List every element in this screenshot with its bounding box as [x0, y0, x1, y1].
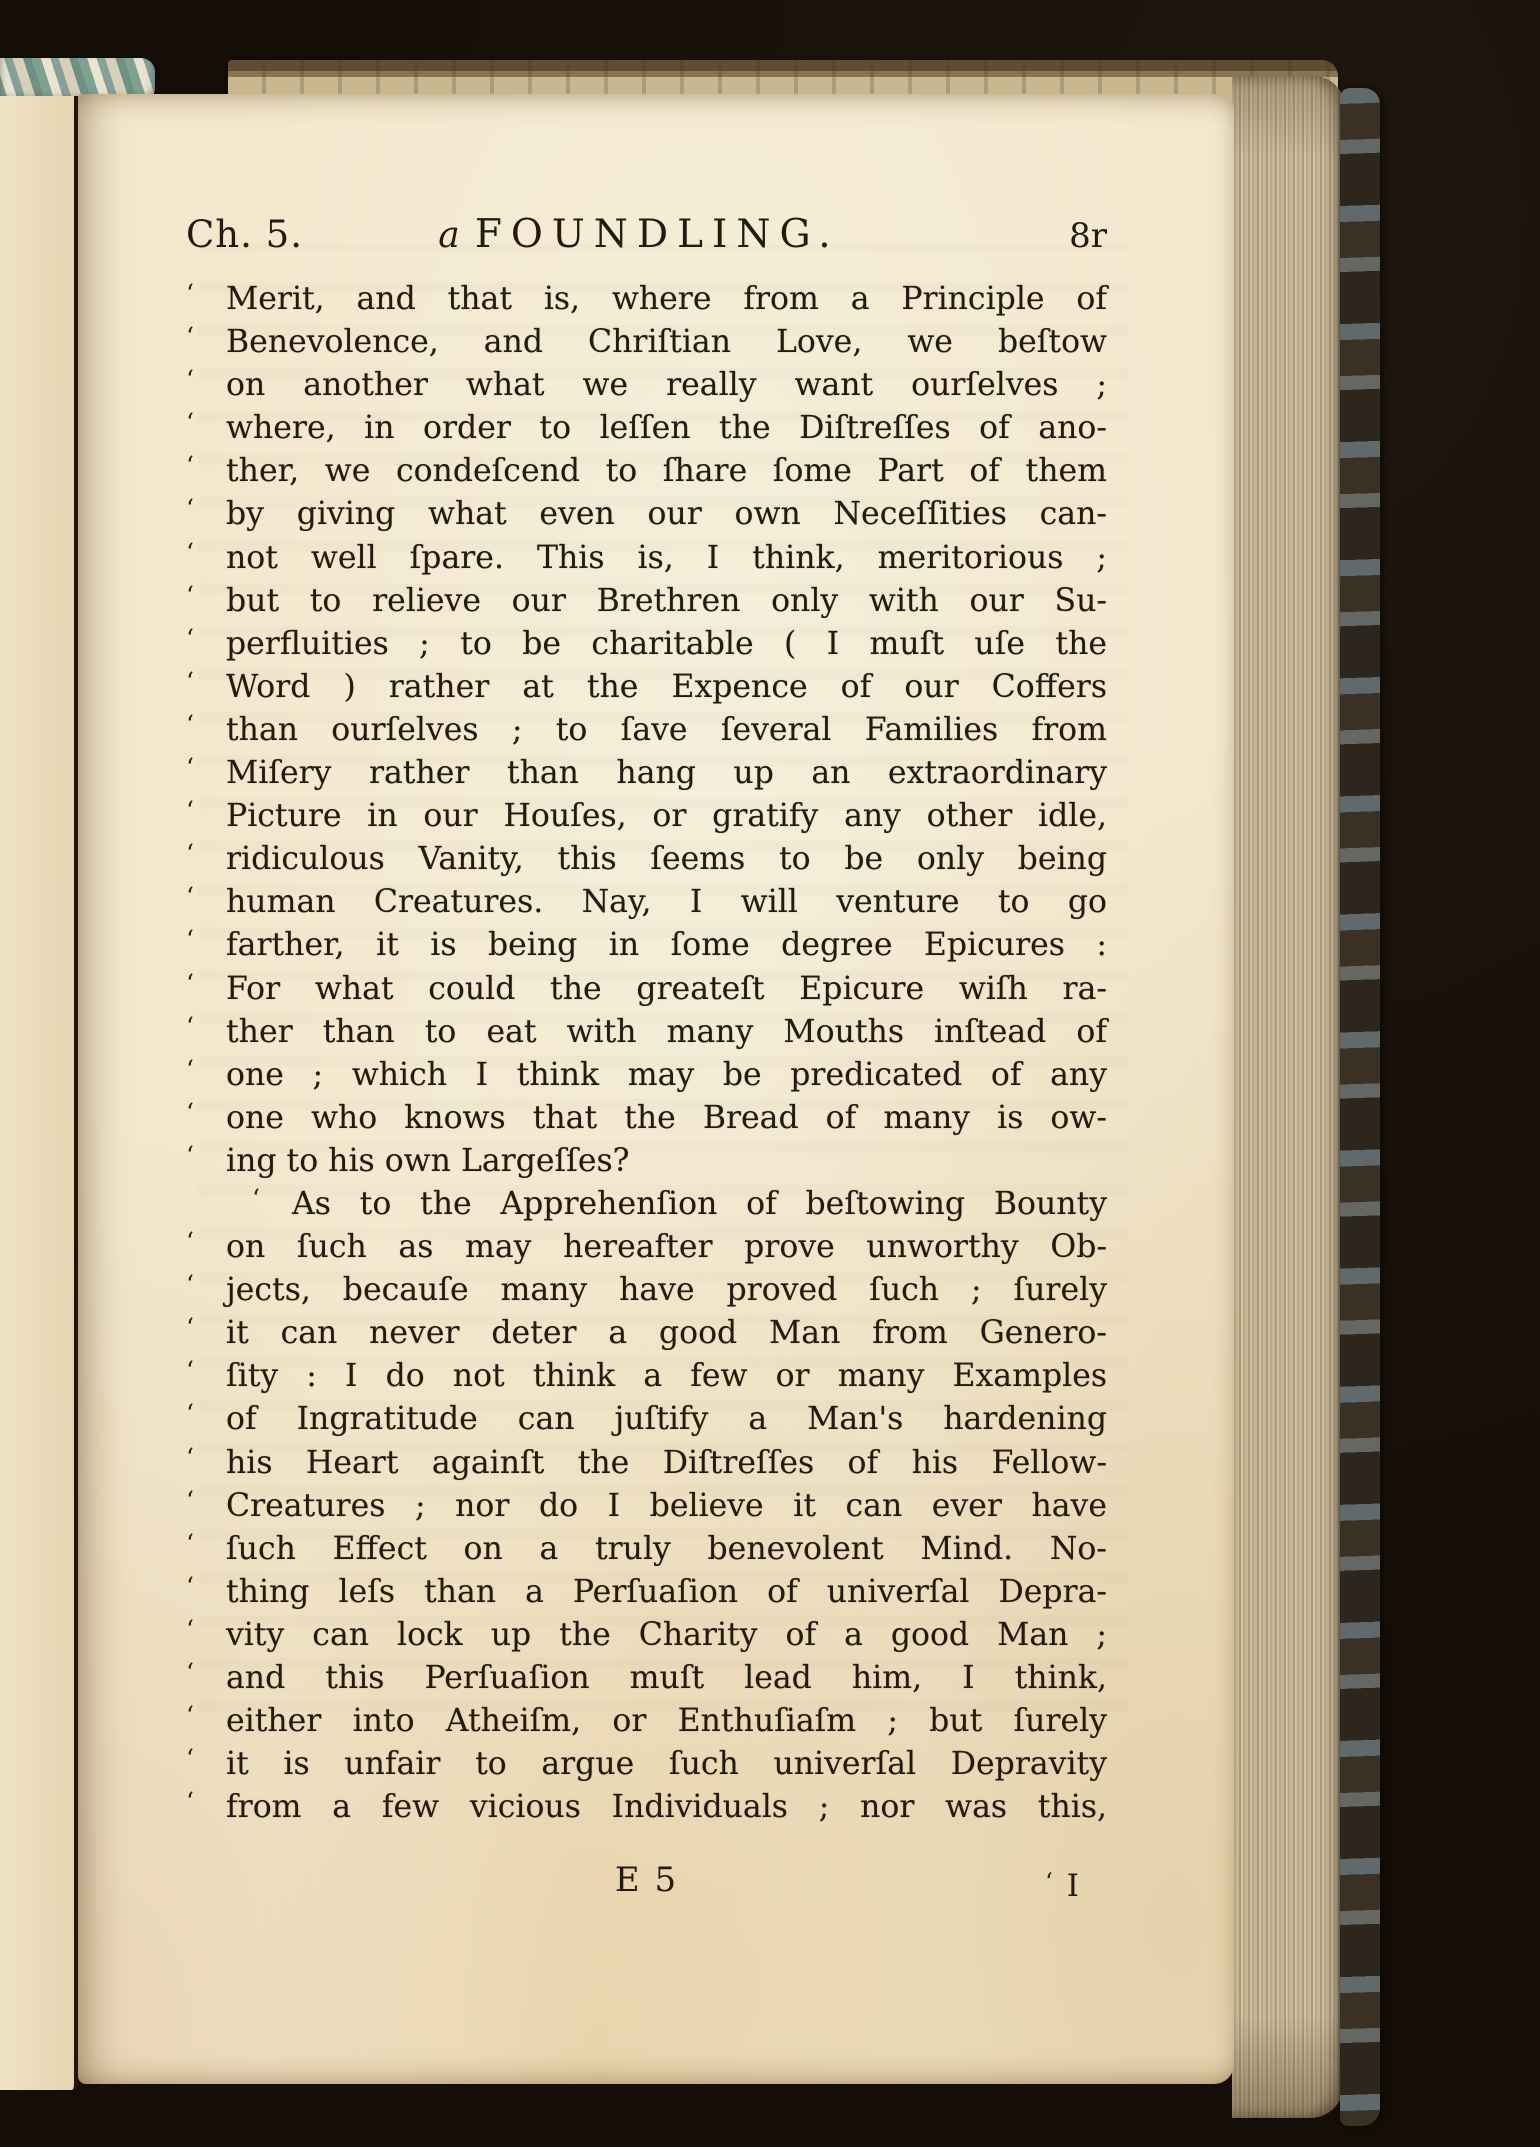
line-text: jects, becauſe many have proved ſuch ; ſ…	[226, 1274, 1107, 1307]
line-text: it can never deter a good Man from Gener…	[226, 1317, 1107, 1350]
line-quote-mark: ‘	[186, 1055, 226, 1084]
body-line: ‘his Heart againſt the Diſtreſſes of his…	[186, 1447, 1107, 1490]
line-quote-mark: ‘	[186, 1572, 226, 1601]
catchword-text: I	[1067, 1868, 1079, 1904]
book-cover-edge	[1340, 88, 1380, 2126]
line-quote-mark: ‘	[186, 1486, 226, 1515]
line-quote-mark: ‘	[186, 322, 226, 351]
line-text: ridiculous Vanity, this ſeems to be only…	[226, 843, 1107, 876]
catchword: ‘I	[1045, 1868, 1079, 1904]
catchword-quote-mark: ‘	[1045, 1868, 1053, 1896]
body-line: ‘Miſery rather than hang up an extraordi…	[186, 757, 1107, 800]
line-text: but to relieve our Brethren only with ou…	[226, 585, 1107, 618]
body-line: ‘thing leſs than a Perſuaſion of univerſ…	[186, 1576, 1107, 1619]
line-text: than ourſelves ; to ſave ſeveral Familie…	[226, 714, 1107, 747]
line-quote-mark: ‘	[186, 538, 226, 567]
line-quote-mark: ‘	[186, 1615, 226, 1644]
running-title-article: a	[438, 215, 459, 256]
line-text: by giving what even our own Neceſſities …	[226, 498, 1107, 531]
line-quote-mark: ‘	[186, 624, 226, 653]
body-lines: ‘Merit, and that is, where from a Princi…	[186, 283, 1107, 1834]
body-line: ‘As to the Apprehenſion of beſtowing Bou…	[186, 1188, 1107, 1231]
body-line: ‘from a few vicious Individuals ; nor wa…	[186, 1791, 1107, 1834]
line-quote-mark: ‘	[186, 1313, 226, 1342]
line-text: one ; which I think may be predicated of…	[226, 1059, 1107, 1092]
line-quote-mark: ‘	[186, 1227, 226, 1256]
line-quote-mark: ‘	[186, 1701, 226, 1730]
body-line: ‘vity can lock up the Charity of a good …	[186, 1619, 1107, 1662]
line-text: Picture in our Houſes, or gratify any ot…	[226, 800, 1107, 833]
body-line: ‘and this Perſuaſion muſt lead him, I th…	[186, 1662, 1107, 1705]
line-text: For what could the greateſt Epicure wiſh…	[226, 973, 1107, 1006]
line-text: and this Perſuaſion muſt lead him, I thi…	[226, 1662, 1107, 1695]
body-line: ‘on ſuch as may hereafter prove unworthy…	[186, 1231, 1107, 1274]
page-number: 8r	[1021, 216, 1107, 256]
line-quote-mark: ‘	[186, 969, 226, 998]
line-text: where, in order to leſſen the Diſtreſſes…	[226, 412, 1107, 445]
body-line: ‘on another what we really want ourſelve…	[186, 369, 1107, 412]
line-quote-mark: ‘	[186, 796, 226, 825]
line-text: farther, it is being in ſome degree Epic…	[226, 929, 1107, 962]
line-quote-mark: ‘	[186, 1744, 226, 1773]
page-footer: E 5 ‘I	[186, 1860, 1107, 1920]
line-quote-mark: ‘	[186, 1141, 226, 1170]
line-text: thing leſs than a Perſuaſion of univerſa…	[226, 1576, 1107, 1609]
body-line: ‘human Creatures. Nay, I will venture to…	[186, 886, 1107, 929]
line-quote-mark: ‘	[186, 753, 226, 782]
body-line: ‘ing to his own Largeſſes?	[186, 1145, 1107, 1188]
running-header: Ch. 5. a FOUNDLING. 8r	[186, 212, 1107, 270]
line-quote-mark: ‘	[186, 1443, 226, 1472]
body-line: ‘than ourſelves ; to ſave ſeveral Famili…	[186, 714, 1107, 757]
line-text: As to the Apprehenſion of beſtowing Boun…	[292, 1188, 1107, 1221]
line-quote-mark: ‘	[186, 667, 226, 696]
body-line: ‘perfluities ; to be charitable ( I muſt…	[186, 628, 1107, 671]
body-line: ‘but to relieve our Brethren only with o…	[186, 585, 1107, 628]
book-fore-edge	[1232, 76, 1344, 2118]
line-quote-mark: ‘	[186, 882, 226, 911]
line-text: Miſery rather than hang up an extraordin…	[226, 757, 1107, 790]
line-quote-mark: ‘	[186, 451, 226, 480]
line-text: one who knows that the Bread of many is …	[226, 1102, 1107, 1135]
running-title: a FOUNDLING.	[303, 212, 1021, 257]
line-text: ſity : I do not think a few or many Exam…	[226, 1360, 1107, 1393]
line-text: ſuch Effect on a truly benevolent Mind. …	[226, 1533, 1107, 1566]
signature-mark: E 5	[186, 1860, 1107, 1900]
line-quote-mark: ‘	[186, 365, 226, 394]
body-line: ‘of Ingratitude can juſtify a Man's hard…	[186, 1403, 1107, 1446]
flyleaf-edge	[0, 96, 78, 2090]
line-quote-mark: ‘	[186, 1787, 226, 1816]
line-text: Word ) rather at the Expence of our Coff…	[226, 671, 1107, 704]
body-line: ‘Merit, and that is, where from a Princi…	[186, 283, 1107, 326]
line-quote-mark: ‘	[186, 710, 226, 739]
body-line: ‘ſity : I do not think a few or many Exa…	[186, 1360, 1107, 1403]
body-line: ‘one ; which I think may be predicated o…	[186, 1059, 1107, 1102]
book-page: Ch. 5. a FOUNDLING. 8r ‘Merit, and that …	[78, 94, 1234, 2084]
line-quote-mark: ‘	[186, 1356, 226, 1385]
body-line: ‘Word ) rather at the Expence of our Cof…	[186, 671, 1107, 714]
line-text: human Creatures. Nay, I will venture to …	[226, 886, 1107, 919]
line-quote-mark: ‘	[186, 408, 226, 437]
body-line: ‘where, in order to leſſen the Diſtreſſe…	[186, 412, 1107, 455]
line-text: ing to his own Largeſſes?	[226, 1145, 1107, 1178]
line-text: his Heart againſt the Diſtreſſes of his …	[226, 1447, 1107, 1480]
line-quote-mark: ‘	[186, 1012, 226, 1041]
body-line: ‘it can never deter a good Man from Gene…	[186, 1317, 1107, 1360]
body-line: ‘For what could the greateſt Epicure wiſ…	[186, 973, 1107, 1016]
line-quote-mark: ‘	[186, 1270, 226, 1299]
line-text: ther, we condeſcend to ſhare ſome Part o…	[226, 455, 1107, 488]
line-text: vity can lock up the Charity of a good M…	[226, 1619, 1107, 1652]
line-quote-mark: ‘	[186, 839, 226, 868]
line-quote-mark: ‘	[186, 1098, 226, 1127]
line-text: Merit, and that is, where from a Princip…	[226, 283, 1107, 316]
line-text: perfluities ; to be charitable ( I muſt …	[226, 628, 1107, 661]
line-quote-mark: ‘	[186, 581, 226, 610]
line-text: of Ingratitude can juſtify a Man's harde…	[226, 1403, 1107, 1436]
line-text: Benevolence, and Chriſtian Love, we beſt…	[226, 326, 1107, 359]
line-quote-mark: ‘	[186, 1529, 226, 1558]
line-quote-mark: ‘	[186, 279, 226, 308]
body-line: ‘ther, we condeſcend to ſhare ſome Part …	[186, 455, 1107, 498]
line-quote-mark: ‘	[186, 925, 226, 954]
running-title-caps: FOUNDLING.	[475, 212, 840, 257]
line-text: Creatures ; nor do I believe it can ever…	[226, 1490, 1107, 1523]
line-text: from a few vicious Individuals ; nor was…	[226, 1791, 1107, 1824]
body-line: ‘ridiculous Vanity, this ſeems to be onl…	[186, 843, 1107, 886]
line-text: on another what we really want ourſelves…	[226, 369, 1107, 402]
body-line: ‘Creatures ; nor do I believe it can eve…	[186, 1490, 1107, 1533]
line-text: on ſuch as may hereafter prove unworthy …	[226, 1231, 1107, 1264]
body-line: ‘it is unfair to argue ſuch univerſal De…	[186, 1748, 1107, 1791]
photo-scene: Ch. 5. a FOUNDLING. 8r ‘Merit, and that …	[0, 0, 1540, 2147]
line-quote-mark: ‘	[186, 494, 226, 523]
body-line: ‘ther than to eat with many Mouths inſte…	[186, 1016, 1107, 1059]
line-text: ther than to eat with many Mouths inſtea…	[226, 1016, 1107, 1049]
body-line: ‘jects, becauſe many have proved ſuch ; …	[186, 1274, 1107, 1317]
line-text: not well ſpare. This is, I think, merito…	[226, 542, 1107, 575]
body-line: ‘Benevolence, and Chriſtian Love, we beſ…	[186, 326, 1107, 369]
line-quote-mark: ‘	[186, 1399, 226, 1428]
line-quote-mark: ‘	[252, 1184, 292, 1213]
line-text: it is unfair to argue ſuch univerſal Dep…	[226, 1748, 1107, 1781]
line-quote-mark: ‘	[186, 1658, 226, 1687]
page-content: Ch. 5. a FOUNDLING. 8r ‘Merit, and that …	[186, 212, 1107, 1920]
body-line: ‘farther, it is being in ſome degree Epi…	[186, 929, 1107, 972]
body-line: ‘Picture in our Houſes, or gratify any o…	[186, 800, 1107, 843]
body-line: ‘by giving what even our own Neceſſities…	[186, 498, 1107, 541]
body-line: ‘one who knows that the Bread of many is…	[186, 1102, 1107, 1145]
body-line: ‘not well ſpare. This is, I think, merit…	[186, 542, 1107, 585]
body-line: ‘ſuch Effect on a truly benevolent Mind.…	[186, 1533, 1107, 1576]
body-line: ‘either into Atheiſm, or Enthuſiaſm ; bu…	[186, 1705, 1107, 1748]
line-text: either into Atheiſm, or Enthuſiaſm ; but…	[226, 1705, 1107, 1738]
chapter-label: Ch. 5.	[186, 213, 303, 256]
